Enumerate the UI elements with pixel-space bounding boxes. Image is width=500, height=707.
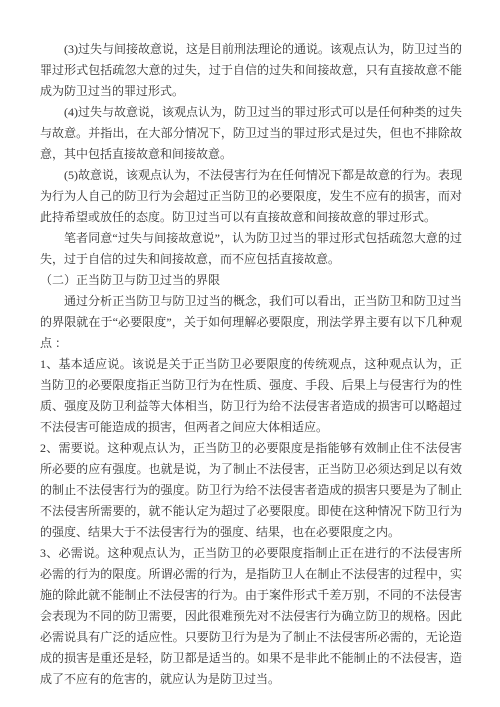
- paragraph-view-3-indispensability: 3、必需说。这种观点认为，正当防卫的必要限度指制止正在进行的不法侵害所必需的行为…: [40, 543, 462, 690]
- paragraph-view-2-necessity: 2、需要说。这种观点认为，正当防卫的必要限度是指能够有效制止住不法侵害所必要的应…: [40, 438, 462, 543]
- document-page: (3)过失与间接故意说，这是目前刑法理论的通说。该观点认为，防卫过当的罪过形式包…: [0, 0, 500, 707]
- paragraph-opinion-3-negligence-indirect-intent: (3)过失与间接故意说，这是目前刑法理论的通说。该观点认为，防卫过当的罪过形式包…: [40, 39, 462, 102]
- paragraph-author-agreement: 笔者同意“过失与间接故意说”，认为防卫过当的罪过形式包括疏忽大意的过失，过于自信…: [40, 228, 462, 270]
- paragraph-boundary-intro: 通过分析正当防卫与防卫过当的概念，我们可以看出，正当防卫和防卫过当的界限就在于“…: [40, 291, 462, 354]
- paragraph-view-1-basic-adaptation: 1、基本适应说。该说是关于正当防卫必要限度的传统观点，这种观点认为，正当防卫的必…: [40, 354, 462, 438]
- section-heading-defense-boundary: （二）正当防卫与防卫过当的界限: [40, 270, 462, 291]
- paragraph-opinion-4-negligence-intent: (4)过失与故意说，该观点认为，防卫过当的罪过形式可以是任何种类的过失与故意。并…: [40, 102, 462, 165]
- paragraph-opinion-5-intent: (5)故意说，该观点认为，不法侵害行为在任何情况下都是故意的行为。表现为行为人自…: [40, 165, 462, 228]
